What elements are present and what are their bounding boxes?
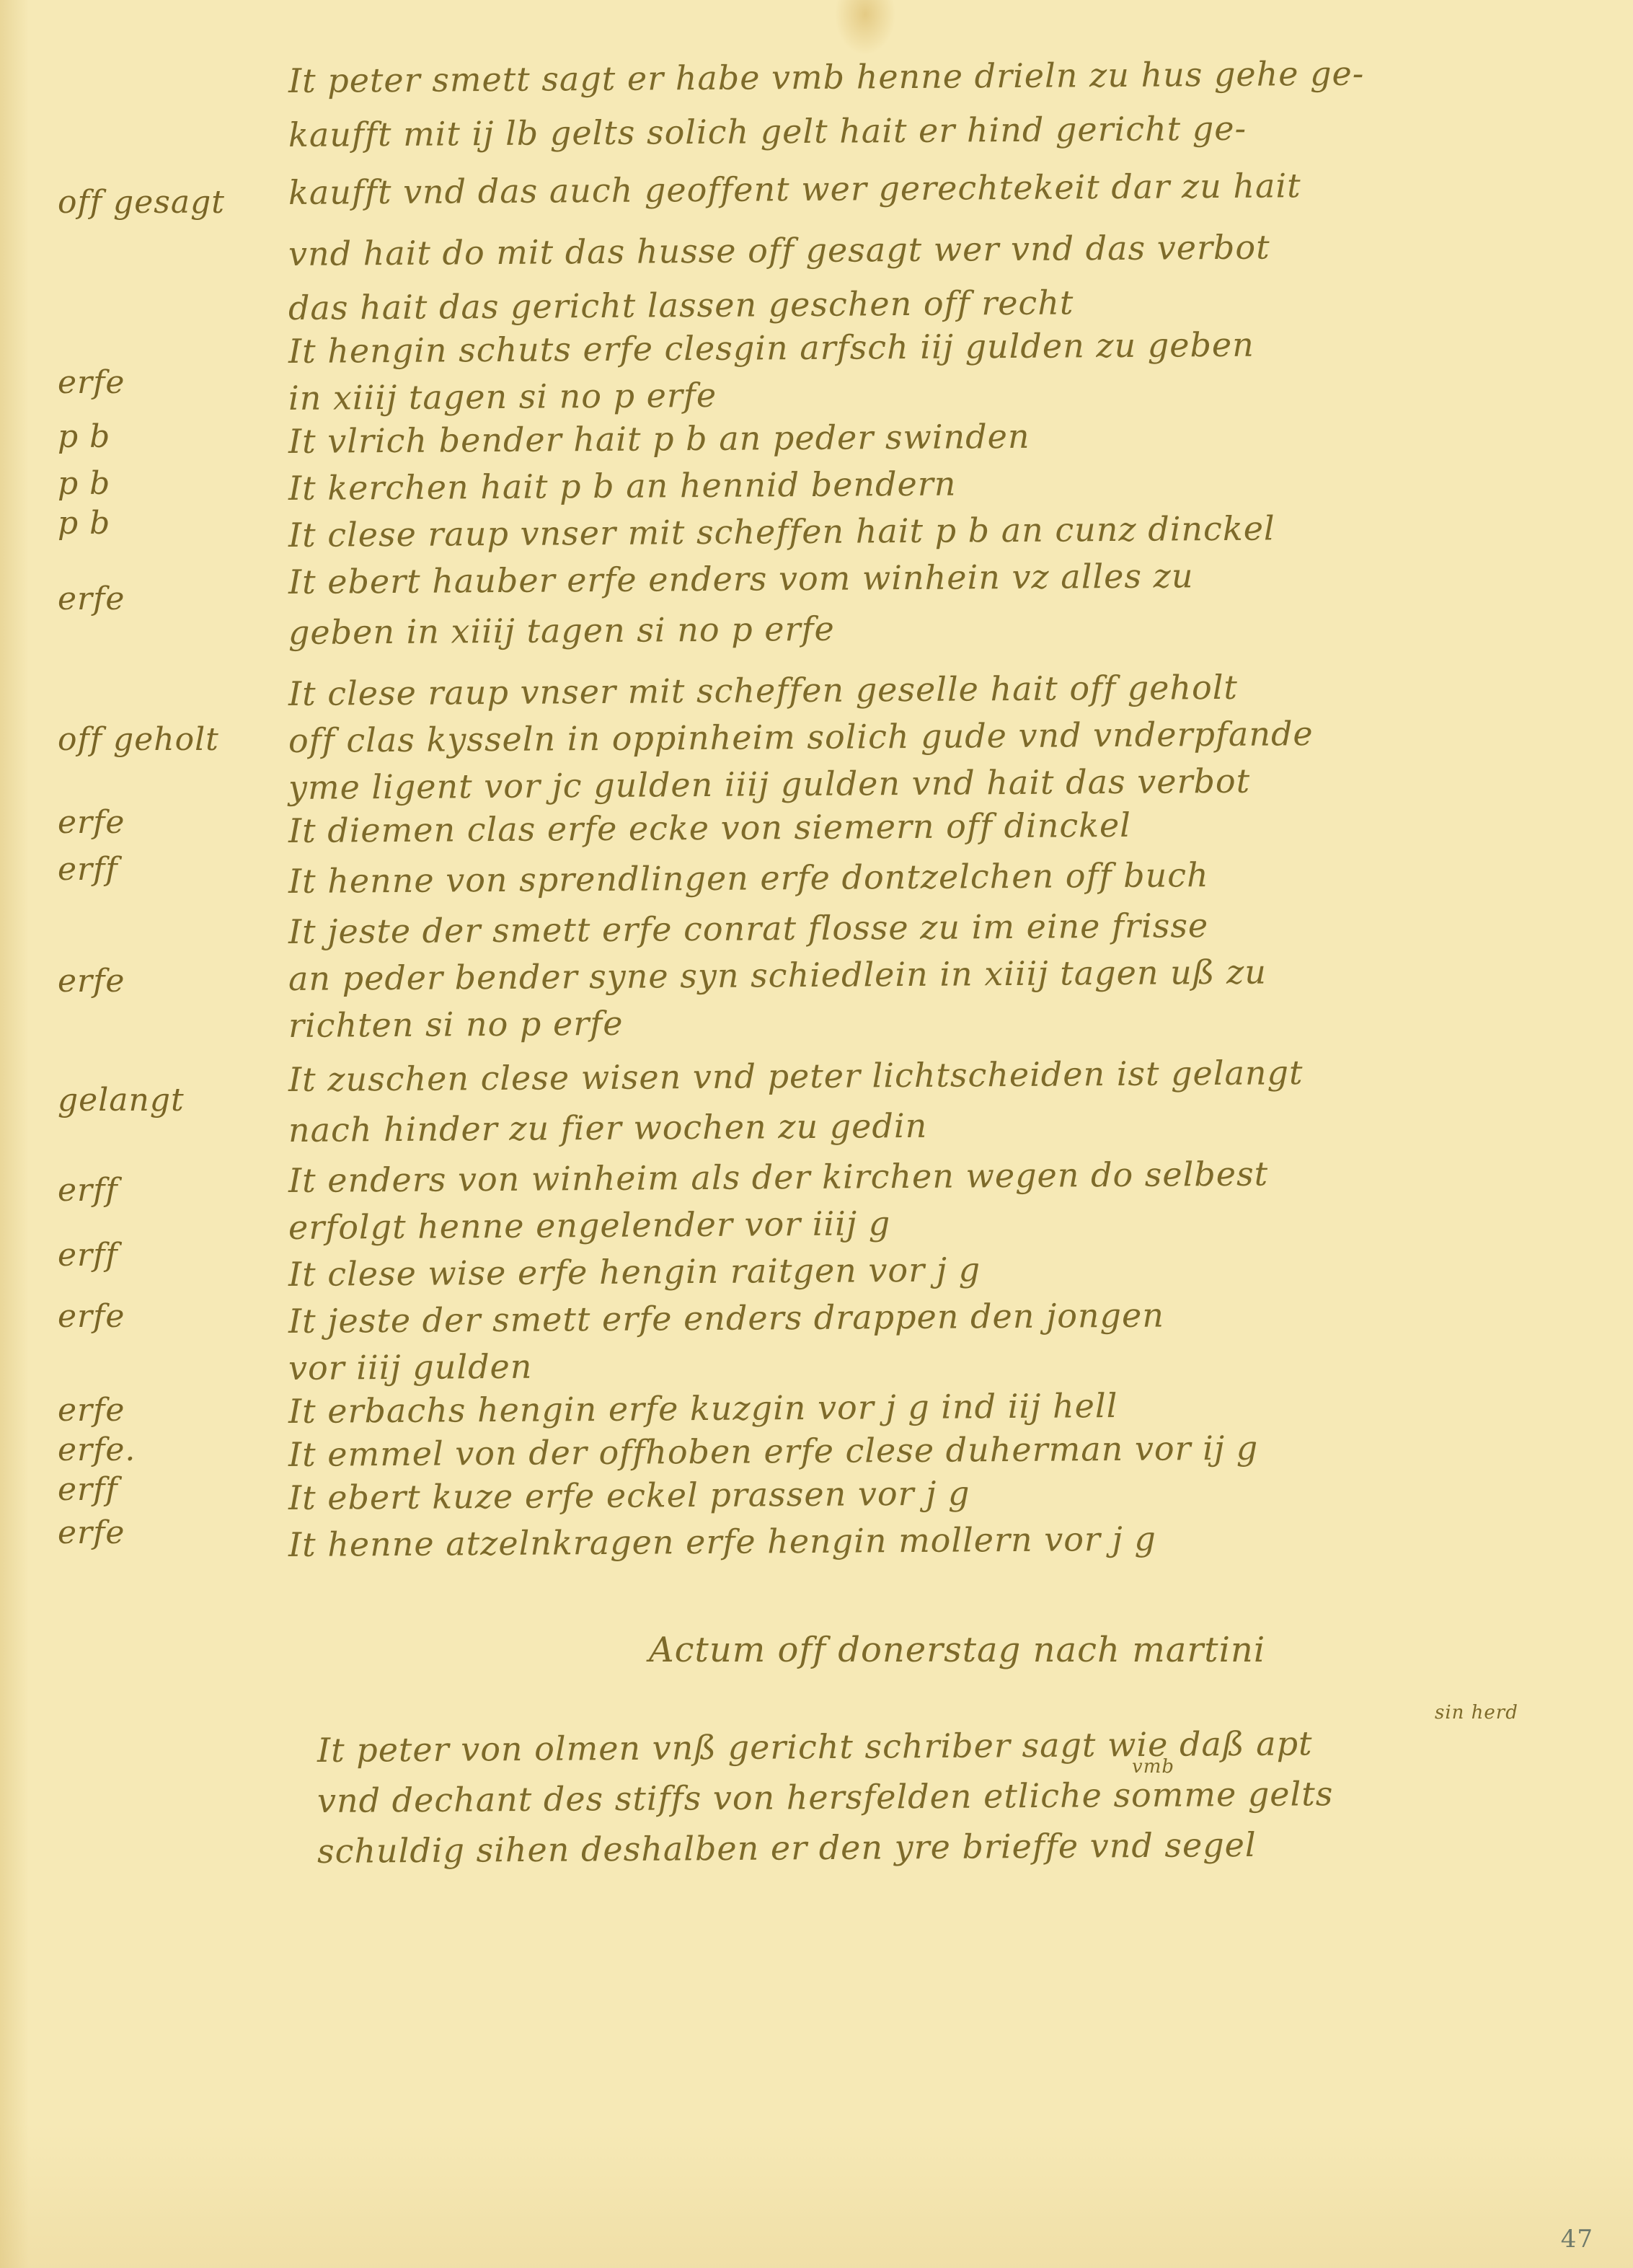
margin-note: erfe [58, 581, 125, 617]
manuscript-line: das hait das gericht lassen geschen off … [288, 283, 1074, 327]
manuscript-line: vor iiij gulden [288, 1347, 533, 1387]
margin-note: erff [58, 851, 118, 888]
manuscript-page: off gesagterfep bp bp berfeoff geholterf… [0, 0, 1633, 2268]
manuscript-line: It ebert kuze erfe eckel prassen vor j g [288, 1473, 970, 1517]
margin-note: erfe [58, 1298, 125, 1335]
interlinear-note: sin herd [1435, 1702, 1518, 1724]
manuscript-line: It emmel von der offhoben erfe clese duh… [288, 1429, 1259, 1474]
manuscript-line: It jeste der smett erfe conrat flosse zu… [288, 906, 1209, 951]
manuscript-line: yme ligent vor jc gulden iiij gulden vnd… [288, 762, 1250, 807]
interlinear-note: vmb [1132, 1756, 1174, 1778]
manuscript-line: It clese raup vnser mit scheffen geselle… [288, 668, 1238, 713]
manuscript-line: vnd dechant des stiffs von hersfelden et… [317, 1774, 1334, 1820]
manuscript-line: It vlrich bender hait p b an peder swind… [288, 417, 1030, 461]
margin-note: erfe [58, 963, 125, 1000]
manuscript-line: kaufft vnd das auch geoffent wer gerecht… [288, 166, 1301, 212]
manuscript-line: It ebert hauber erfe enders vom winhein … [288, 556, 1194, 601]
manuscript-line: It henne von sprendlingen erfe dontzelch… [288, 855, 1209, 901]
margin-note: p b [58, 418, 110, 455]
manuscript-line: an peder bender syne syn schiedlein in x… [288, 953, 1267, 998]
margin-note: erfe. [58, 1431, 136, 1468]
margin-note: off geholt [58, 721, 219, 758]
manuscript-line: erfolgt henne engelender vor iiij g [288, 1204, 891, 1247]
section-heading: Actum off donerstag nach martini [649, 1630, 1265, 1670]
margin-note: erfe [58, 364, 125, 401]
manuscript-line: It clese raup vnser mit scheffen hait p … [288, 508, 1275, 555]
manuscript-line: in xiiij tagen si no p erfe [288, 376, 717, 418]
manuscript-line: It peter smett sagt er habe vmb henne dr… [288, 54, 1365, 100]
margin-note: p b [58, 505, 110, 542]
margin-note: off gesagt [58, 184, 225, 221]
manuscript-line: It zuschen clese wisen vnd peter lichtsc… [288, 1053, 1304, 1099]
manuscript-line: It erbachs hengin erfe kuzgin vor j g in… [288, 1386, 1118, 1431]
manuscript-line: It hengin schuts erfe clesgin arfsch iij… [288, 325, 1254, 371]
manuscript-line: It diemen clas erfe ecke von siemern off… [288, 806, 1131, 850]
manuscript-line: It enders von winheim als der kirchen we… [288, 1155, 1268, 1200]
manuscript-line: geben in xiiij tagen si no p erfe [288, 609, 835, 652]
margin-note: erfe [58, 804, 125, 841]
margin-note: p b [58, 465, 110, 502]
margin-note: erff [58, 1172, 118, 1209]
margin-note: gelangt [58, 1082, 185, 1118]
manuscript-line: richten si no p erfe [288, 1004, 624, 1045]
manuscript-line: off clas kysseln in oppinheim solich gud… [288, 714, 1314, 760]
manuscript-line: vnd hait do mit das husse off gesagt wer… [288, 227, 1270, 273]
manuscript-line: nach hinder zu fier wochen zu gedin [288, 1106, 928, 1150]
margin-note: erfe [58, 1514, 125, 1551]
margin-note: erff [58, 1237, 118, 1274]
manuscript-line: It clese wise erfe hengin raitgen vor j … [288, 1250, 981, 1294]
manuscript-line: kaufft mit ij lb gelts solich gelt hait … [288, 109, 1247, 154]
manuscript-line: It henne atzelnkragen erfe hengin moller… [288, 1519, 1156, 1564]
manuscript-line: It jeste der smett erfe enders drappen d… [288, 1296, 1164, 1341]
folio-number: 47 [1561, 2225, 1593, 2254]
manuscript-line: schuldig sihen deshalben er den yre brie… [317, 1825, 1257, 1871]
manuscript-line: It kerchen hait p b an hennid bendern [288, 464, 957, 508]
margin-note: erfe [58, 1392, 125, 1429]
margin-note: erff [58, 1471, 118, 1508]
